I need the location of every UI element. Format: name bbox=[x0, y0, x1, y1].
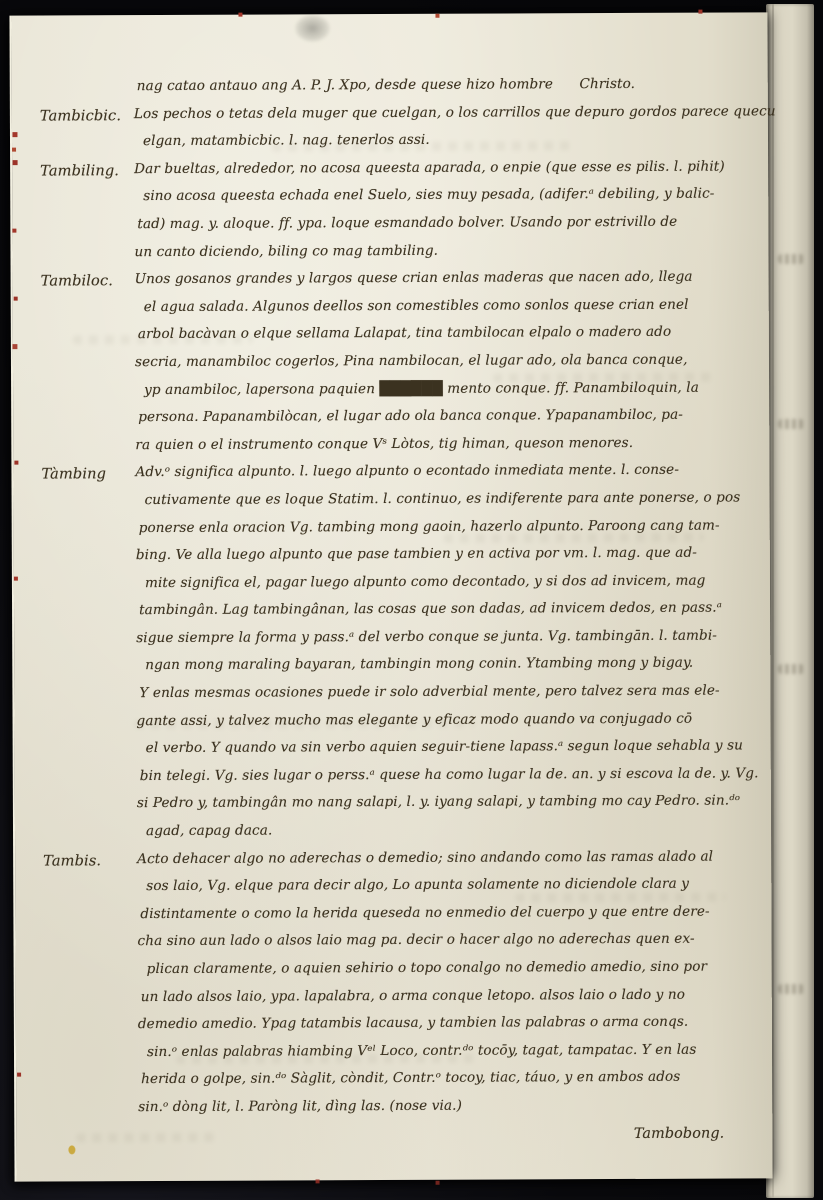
manuscript-line: nag catao antauo ang A. P. J. Xpo, desde… bbox=[137, 70, 762, 100]
manuscript-line: cha sino aun lado o alsos laio mag pa. d… bbox=[137, 926, 765, 956]
manuscript-line: ngan mong maraling bayaran, tambingin mo… bbox=[145, 650, 764, 680]
manuscript-line: Unos gosanos grandes y largos quese cria… bbox=[135, 264, 763, 294]
manuscript-line: Acto dehacer algo no aderechas o demedio… bbox=[137, 843, 765, 873]
manuscript-line: el verbo. Y quando va sin verbo aquien s… bbox=[146, 733, 765, 763]
manuscript-line: ra quien o el instrumento conque Vˢ Lòto… bbox=[135, 429, 763, 459]
manuscript-line: bing. Ve alla luego alpunto que pase tam… bbox=[136, 539, 764, 569]
manuscript-line: tad) mag. y. aloque. ff. ypa. loque esma… bbox=[137, 208, 762, 238]
manuscript-line: agad, capag daca. bbox=[146, 815, 765, 845]
manuscript-line: yp anambiloc, lapersona paquien ██████ m… bbox=[144, 374, 763, 404]
entry-headword: Tàmbing bbox=[41, 460, 131, 488]
entry-headword: Tambicbic. bbox=[40, 102, 130, 130]
faint-marginalia bbox=[778, 254, 804, 264]
manuscript-line: persona. Papanambilòcan, el lugar ado ol… bbox=[138, 401, 763, 431]
manuscript-line: tambingân. Lag tambingânan, las cosas qu… bbox=[139, 595, 764, 625]
manuscript-line: un canto diciendo, biling co mag tambili… bbox=[134, 236, 762, 266]
dictionary-entry: Tambis.Acto dehacer algo no aderechas o … bbox=[137, 843, 766, 1122]
ink-smudge bbox=[294, 14, 330, 42]
manuscript-line: si Pedro y, tambingân mo nang salapi, l.… bbox=[137, 788, 765, 818]
manuscript-line: cutivamente que es loque Statim. l. cont… bbox=[145, 484, 764, 514]
dictionary-entry: TàmbingAdv.ᵒ significa alpunto. l. luego… bbox=[135, 457, 765, 846]
manuscript-line: sin.ᵒ enlas palabras hiambing Vᵉˡ Loco, … bbox=[147, 1036, 766, 1066]
manuscript-line: Adv.ᵒ significa alpunto. l. luego alpunt… bbox=[135, 457, 763, 487]
manuscript-line: el agua salada. Algunos deellos son come… bbox=[144, 291, 763, 321]
manuscript-line: sin.ᵒ dòng lit, l. Paròng lit, dìng las.… bbox=[138, 1091, 766, 1121]
manuscript-line: bin telegi. Vg. sies lugar o perss.ᵃ que… bbox=[140, 760, 765, 790]
manuscript-line: un lado alsos laio, ypa. lapalabra, o ar… bbox=[141, 981, 766, 1011]
faint-marginalia bbox=[778, 419, 804, 429]
manuscript-line: Y enlas mesmas ocasiones puede ir solo a… bbox=[139, 677, 764, 707]
manuscript-line: arbol bacàvan o elque sellama Lalapat, t… bbox=[138, 319, 763, 349]
adjacent-page-edge bbox=[766, 4, 814, 1198]
manuscript-line: secria, manambiloc cogerlos, Pina nambil… bbox=[135, 346, 763, 376]
dictionary-entries: nag catao antauo ang A. P. J. Xpo, desde… bbox=[134, 70, 767, 1121]
photographed-book-scan: nag catao antauo ang A. P. J. Xpo, desde… bbox=[0, 0, 823, 1200]
manuscript-line: sos laio, Vg. elque para decir algo, Lo … bbox=[146, 871, 765, 901]
dictionary-entry: Tambiling.Dar bueltas, alrededor, no aco… bbox=[134, 153, 762, 266]
dictionary-entry: nag catao antauo ang A. P. J. Xpo, desde… bbox=[134, 70, 762, 100]
manuscript-line: elgan, matambicbic. l. nag. tenerlos ass… bbox=[143, 126, 762, 156]
manuscript-line: herida o golpe, sin.ᵈᵒ Sàglit, còndit, C… bbox=[141, 1064, 766, 1094]
faint-marginalia bbox=[778, 664, 804, 674]
manuscript-text: nag catao antauo ang A. P. J. Xpo, desde… bbox=[12, 70, 767, 1181]
manuscript-line: distintamente o como la herida queseda n… bbox=[140, 898, 765, 928]
entry-headword: Tambiloc. bbox=[41, 267, 131, 295]
catchword: Tambobong. bbox=[138, 1120, 766, 1150]
manuscript-line: ponerse enla oracion Vg. tambing mong ga… bbox=[139, 512, 764, 542]
faint-marginalia bbox=[778, 984, 804, 994]
manuscript-line: gante assi, y talvez mucho mas elegante … bbox=[136, 705, 764, 735]
manuscript-line: Los pechos o tetas dela muger que cuelga… bbox=[134, 98, 762, 128]
manuscript-page: nag catao antauo ang A. P. J. Xpo, desde… bbox=[9, 12, 772, 1181]
manuscript-line: Dar bueltas, alrededor, no acosa queesta… bbox=[134, 153, 762, 183]
manuscript-line: mite significa el, pagar luego alpunto c… bbox=[145, 567, 764, 597]
manuscript-line: plican claramente, o aquien sehirio o to… bbox=[147, 953, 766, 983]
dictionary-entry: Tambiloc.Unos gosanos grandes y largos q… bbox=[135, 264, 764, 460]
dictionary-entry: Tambicbic.Los pechos o tetas dela muger … bbox=[134, 98, 762, 156]
page-edge-crease bbox=[772, 4, 774, 1198]
entry-headword: Tambiling. bbox=[40, 157, 130, 185]
entry-headword: Tambis. bbox=[43, 847, 133, 875]
manuscript-line: demedio amedio. Ypag tatambis lacausa, y… bbox=[138, 1009, 766, 1039]
edge-speckles bbox=[11, 16, 13, 18]
manuscript-line: sigue siempre la forma y pass.ᵃ del verb… bbox=[136, 622, 764, 652]
manuscript-line: sino acosa queesta echada enel Suelo, si… bbox=[143, 181, 762, 211]
